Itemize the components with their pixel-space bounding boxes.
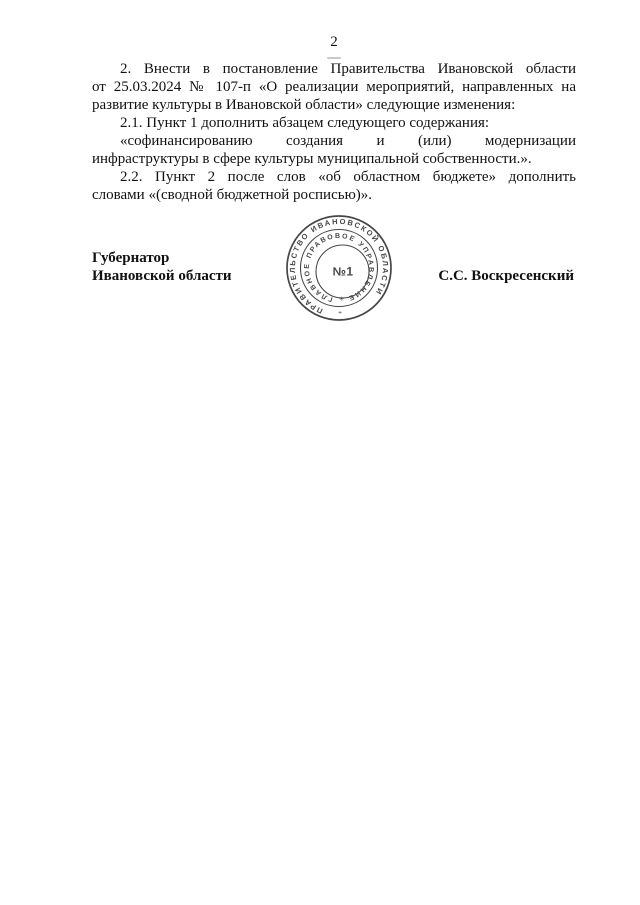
body-text-line: от 25.03.2024 № 107-п «О реализации меро… bbox=[92, 78, 576, 96]
stamp-number: №1 bbox=[332, 265, 353, 279]
signatory-title: Губернатор Ивановской области bbox=[92, 249, 232, 285]
body-text-line: 2.2. Пункт 2 после слов «об областном бю… bbox=[92, 168, 576, 186]
signatory-title-line2: Ивановской области bbox=[92, 267, 232, 285]
signatory-name: С.С. Воскресенский bbox=[438, 267, 574, 285]
body-text-line: развитие культуры в Ивановской области» … bbox=[92, 96, 576, 114]
page-number: 2 bbox=[92, 33, 576, 51]
body-text-line: «софинансированию создания и (или) модер… bbox=[92, 132, 576, 150]
signatory-title-line1: Губернатор bbox=[92, 249, 232, 267]
official-stamp: ПРАВИТЕЛЬСТВО ИВАНОВСКОЙ ОБЛАСТИ ГЛАВНОЕ… bbox=[283, 212, 395, 324]
document-page: 2 2. Внести в постановление Правительств… bbox=[0, 0, 640, 905]
body-text-line: инфраструктуры в сфере культуры муниципа… bbox=[92, 150, 576, 168]
document-body: 2. Внести в постановление Правительства … bbox=[92, 60, 576, 204]
scan-artifact-mark bbox=[327, 57, 341, 59]
stamp-bottom-star: ✳ bbox=[339, 295, 345, 303]
stamp-bottom-mark: + bbox=[338, 310, 343, 316]
body-text-line: 2. Внести в постановление Правительства … bbox=[92, 60, 576, 78]
body-text-line: 2.1. Пункт 1 дополнить абзацем следующег… bbox=[92, 114, 576, 132]
body-text-line: словами «(сводной бюджетной росписью)». bbox=[92, 186, 576, 204]
